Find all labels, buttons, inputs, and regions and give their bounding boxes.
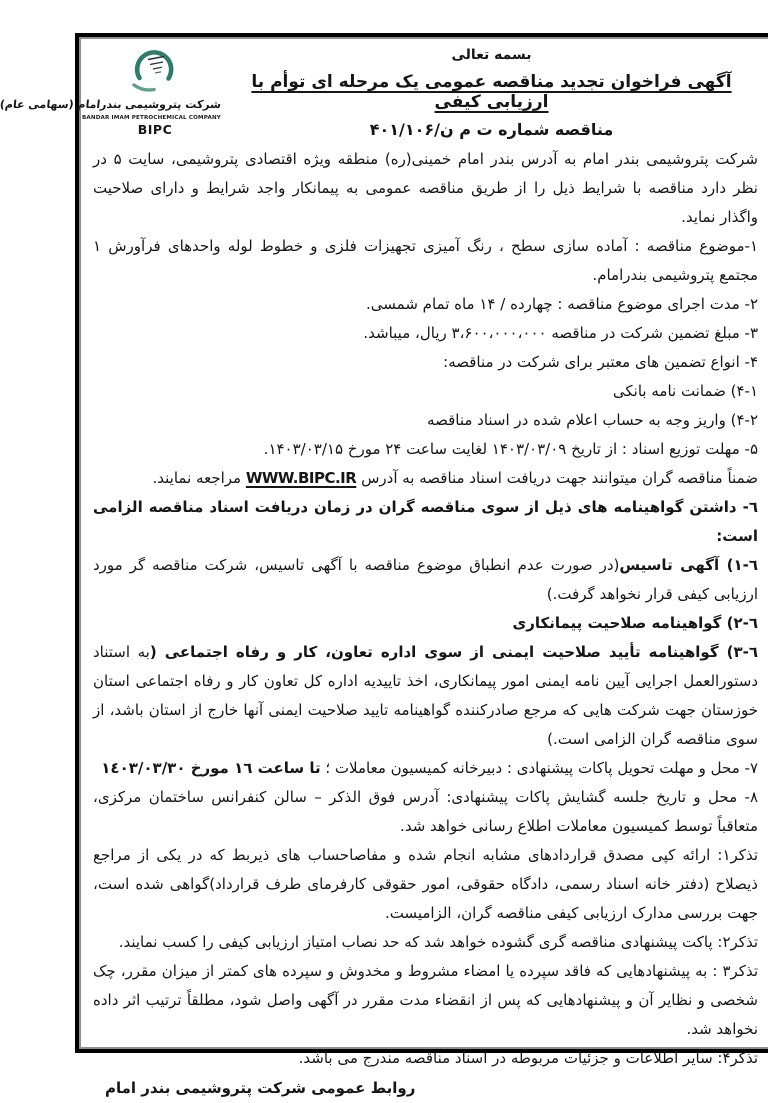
company-name-english: BANDAR IMAM PETROCHEMICAL COMPANY [50,115,182,121]
item-4-1-bank-guarantee: ۴-۱) ضمانت نامه بانکی [54,377,719,406]
item-7-submission-deadline: ۷- محل و مهلت تحویل پاکات پیشنهادی : دبی… [54,754,719,783]
note-1-text: تذکر۱: ارائه کپی مصدق قراردادهای مشابه ا… [54,846,719,922]
tender-notice-document: شرکت پتروشیمی بندرامام (سهامی عام) BANDA… [36,33,741,1053]
item-6-1-establishment-notice: ٦-١) آگهی تاسیس(در صورت عدم انطباق موضوع… [54,551,719,609]
item-4-guarantee-types: ۴- انواع تضمین های معتبر برای شرکت در من… [54,348,719,377]
item-3-guarantee-amount-text: ۳- مبلغ تضمین شرکت در مناقصه ۳،۶۰۰،۰۰۰،۰… [324,324,719,342]
item-5-document-distribution: ۵- مهلت توزیع اسناد : از تاریخ ۱۴۰۳/۰۳/۰… [54,435,719,464]
company-name-farsi: شرکت پتروشیمی بندرامام (سهامی عام) [49,98,182,112]
item-6-certificates-header-text: ٦- داشتن گواهینامه های ذیل از سوی مناقصه… [54,498,719,545]
intro: شرکت پتروشیمی بندر امام به آدرس بندر اما… [54,145,719,232]
website-note-text: مراجعه نمایند. [114,469,207,487]
item-6-3-safety-qualification-text: ٦-٣) گواهینامه تأیید صلاحیت ایمنی از سوی… [111,643,719,661]
website-note: ضمناً مناقصه گران میتوانند جهت دریافت اس… [54,464,719,493]
item-7-submission-deadline-text: ۷- محل و مهلت تحویل پاکات پیشنهادی : دبی… [282,759,719,777]
note-3: تذکر۳ : به پیشنهادهایی که فاقد سپرده یا … [54,957,719,1044]
item-4-2-deposit: ۴-۲) واریز وجه به حساب اعلام شده در اسنا… [54,406,719,435]
note-2-text: تذکر۲: پاکت پیشنهادی مناقصه گری گشوده خو… [80,933,719,951]
item-1-subject-text: ۱-موضوع مناقصه : آماده سازی سطح ، رنگ آم… [54,237,719,284]
note-4: تذکر۴: سایر اطلاعات و جزئیات مربوطه در ا… [54,1044,719,1073]
item-6-2-contractor-qualification-text: ٦-٢) گواهینامه صلاحیت پیمانکاری [473,614,719,632]
bipc-crescent-emblem-icon [83,45,149,97]
item-1-subject: ۱-موضوع مناقصه : آماده سازی سطح ، رنگ آم… [54,232,719,290]
item-7-submission-deadline-text: تا ساعت ١٦ مورخ ١٤٠٣/٠٣/٣٠ [62,759,281,777]
item-6-1-establishment-notice-text: ٦-١) آگهی تاسیس [580,556,719,574]
item-6-2-contractor-qualification: ٦-٢) گواهینامه صلاحیت پیمانکاری [54,609,719,638]
item-3-guarantee-amount: ۳- مبلغ تضمین شرکت در مناقصه ۳،۶۰۰،۰۰۰،۰… [54,319,719,348]
intro-text: شرکت پتروشیمی بندر امام به آدرس بندر اما… [54,150,719,226]
public-relations-signature: روابط عمومی شرکت پتروشیمی بندر امام [54,1074,719,1103]
item-4-2-deposit-text: ۴-۲) واریز وجه به حساب اعلام شده در اسنا… [388,411,719,429]
document-header: بسمه تعالی آگهی فراخوان تجدید مناقصه عمو… [204,47,701,139]
item-8-opening-session-text: ۸- محل و تاریخ جلسه گشایش پاکات پیشنهادی… [54,788,719,835]
company-logo: شرکت پتروشیمی بندرامام (سهامی عام) BANDA… [50,45,182,137]
document-paragraphs: شرکت پتروشیمی بندر امام به آدرس بندر اما… [54,145,719,1073]
item-5-document-distribution-text: ۵- مهلت توزیع اسناد : از تاریخ ۱۴۰۳/۰۳/۰… [225,440,719,458]
item-6-3-safety-qualification: ٦-٣) گواهینامه تأیید صلاحیت ایمنی از سوی… [54,638,719,754]
item-4-guarantee-types-text: ۴- انواع تضمین های معتبر برای شرکت در من… [404,353,719,371]
note-3-text: تذکر۳ : به پیشنهادهایی که فاقد سپرده یا … [54,962,719,1038]
item-8-opening-session: ۸- محل و تاریخ جلسه گشایش پاکات پیشنهادی… [54,783,719,841]
tender-number: مناقصه شماره ت م ن/۴۰۱/۱۰۶ [204,120,701,139]
page-title: آگهی فراخوان تجدید مناقصه عمومی یک مرحله… [204,72,701,112]
note-2: تذکر۲: پاکت پیشنهادی مناقصه گری گشوده خو… [54,928,719,957]
besmele-line: بسمه تعالی [204,47,701,63]
website-note-text: ضمناً مناقصه گران میتوانند جهت دریافت اس… [317,469,719,487]
item-2-duration-text: ۲- مدت اجرای موضوع مناقصه : چهارده / ۱۴ … [327,295,719,313]
company-abbreviation: BIPC [50,122,182,137]
item-2-duration: ۲- مدت اجرای موضوع مناقصه : چهارده / ۱۴ … [54,290,719,319]
website-link: WWW.BIPC.IR [207,469,317,487]
item-4-1-bank-guarantee-text: ۴-۱) ضمانت نامه بانکی [574,382,719,400]
note-1: تذکر۱: ارائه کپی مصدق قراردادهای مشابه ا… [54,841,719,928]
item-6-certificates-header: ٦- داشتن گواهینامه های ذیل از سوی مناقصه… [54,493,719,551]
note-4-text: تذکر۴: سایر اطلاعات و جزئیات مربوطه در ا… [260,1049,719,1067]
